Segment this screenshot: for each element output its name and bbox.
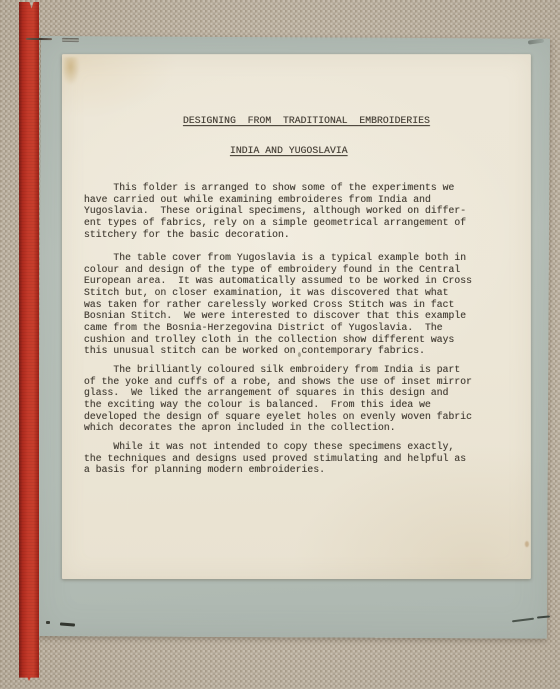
paper-stain (63, 57, 80, 85)
paragraph-yugoslavia-table-cover: The table cover from Yugoslavia is a typ… (84, 252, 472, 357)
red-binding-tape (19, 2, 39, 681)
paper-foxing-spot (525, 541, 529, 547)
document-title: DESIGNING FROM TRADITIONAL EMBROIDERIES (183, 115, 430, 127)
scanned-album-page: DESIGNING FROM TRADITIONAL EMBROIDERIES … (0, 0, 560, 689)
document-subtitle: INDIA AND YUGOSLAVIA (230, 145, 348, 157)
paragraph-conclusion: While it was not intended to copy these … (84, 441, 466, 476)
paragraph-introduction: This folder is arranged to show some of … (84, 182, 466, 240)
staple-top-left (62, 38, 79, 42)
typed-document-page: DESIGNING FROM TRADITIONAL EMBROIDERIES … (62, 54, 531, 579)
board-torn-corner (528, 39, 544, 45)
staple-mark-top-left (26, 38, 52, 40)
mount-board: DESIGNING FROM TRADITIONAL EMBROIDERIES … (38, 36, 550, 639)
pencil-mark-bottom-left (46, 621, 50, 624)
paragraph-india-silk-embroidery: The brilliantly coloured silk embroidery… (84, 364, 472, 434)
